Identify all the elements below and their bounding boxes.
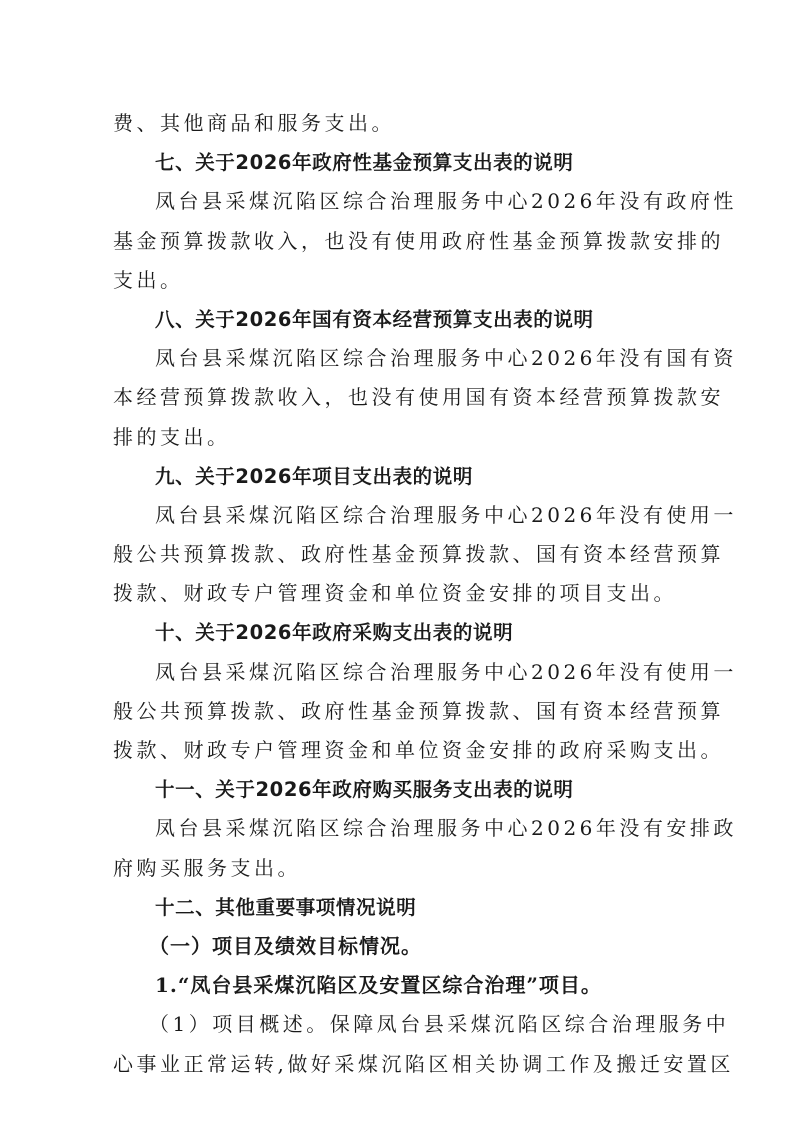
item-heading: 1.“凤台县采煤沉陷区及安置区综合治理”项目。	[113, 966, 685, 1005]
section-heading-11: 十一、关于2026年政府购买服务支出表的说明	[113, 770, 685, 809]
body-line: 支出。	[113, 261, 685, 300]
body-line: 心事业正常运转,做好采煤沉陷区相关协调工作及搬迁安置区	[113, 1045, 685, 1084]
body-line: 费、其他商品和服务支出。	[113, 104, 685, 143]
body-line: 基金预算拨款收入，也没有使用政府性基金预算拨款安排的	[113, 222, 685, 261]
body-line: （1）项目概述。保障凤台县采煤沉陷区综合治理服务中	[113, 1005, 685, 1044]
body-line: 排的支出。	[113, 418, 685, 457]
document-page: 费、其他商品和服务支出。 七、关于2026年政府性基金预算支出表的说明 凤台县采…	[113, 104, 685, 1084]
body-line: 拨款、财政专户管理资金和单位资金安排的政府采购支出。	[113, 731, 685, 770]
body-line: 般公共预算拨款、政府性基金预算拨款、国有资本经营预算	[113, 535, 685, 574]
section-heading-12: 十二、其他重要事项情况说明	[113, 888, 685, 927]
body-line: 凤台县采煤沉陷区综合治理服务中心2026年没有使用一	[113, 653, 685, 692]
section-heading-8: 八、关于2026年国有资本经营预算支出表的说明	[113, 300, 685, 339]
body-line: 凤台县采煤沉陷区综合治理服务中心2026年没有政府性	[113, 182, 685, 221]
subsection-heading: （一）项目及绩效目标情况。	[113, 927, 685, 966]
body-line: 府购买服务支出。	[113, 849, 685, 888]
section-heading-7: 七、关于2026年政府性基金预算支出表的说明	[113, 143, 685, 182]
body-line: 拨款、财政专户管理资金和单位资金安排的项目支出。	[113, 574, 685, 613]
body-line: 凤台县采煤沉陷区综合治理服务中心2026年没有使用一	[113, 496, 685, 535]
body-line: 般公共预算拨款、政府性基金预算拨款、国有资本经营预算	[113, 692, 685, 731]
body-line: 本经营预算拨款收入，也没有使用国有资本经营预算拨款安	[113, 378, 685, 417]
body-line: 凤台县采煤沉陷区综合治理服务中心2026年没有安排政	[113, 809, 685, 848]
section-heading-9: 九、关于2026年项目支出表的说明	[113, 457, 685, 496]
section-heading-10: 十、关于2026年政府采购支出表的说明	[113, 613, 685, 652]
body-line: 凤台县采煤沉陷区综合治理服务中心2026年没有国有资	[113, 339, 685, 378]
